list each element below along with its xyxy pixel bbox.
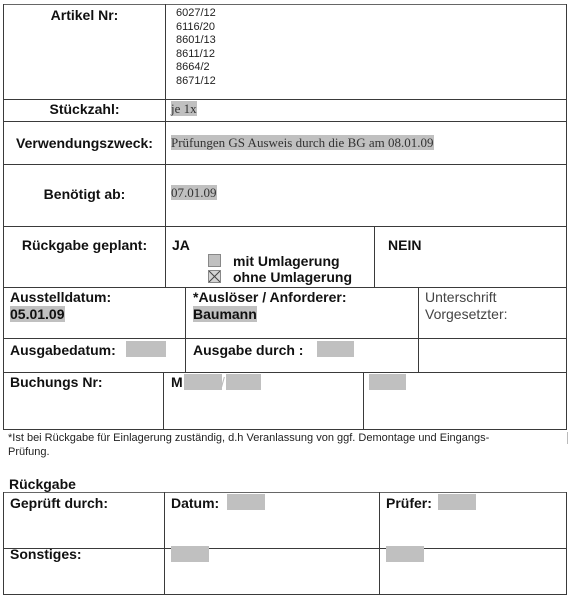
- rueckgabe-heading: Rückgabe: [9, 476, 76, 492]
- ausgabedatum-field[interactable]: [126, 341, 166, 357]
- footnote-line2: Prüfung.: [8, 445, 50, 459]
- stueckzahl-field[interactable]: je 1x: [171, 101, 197, 116]
- ausstelldatum-label: Ausstelldatum:: [10, 289, 111, 305]
- artikel-nr-label: Artikel Nr:: [4, 7, 165, 23]
- checkbox-x-icon: [209, 271, 220, 282]
- pruefer-field[interactable]: [438, 494, 476, 510]
- datum-label: Datum:: [171, 495, 219, 511]
- benoetigt-ab-label: Benötigt ab:: [4, 186, 165, 202]
- artikel-nr-item: 6027/12: [176, 7, 216, 21]
- ausstelldatum-field[interactable]: 05.01.09: [10, 306, 65, 322]
- ausgabedatum-label: Ausgabedatum:: [10, 342, 116, 358]
- sonstiges-label: Sonstiges:: [10, 546, 82, 562]
- ausloeser-value: Baumann: [193, 306, 257, 322]
- artikel-nr-item: 8671/12: [176, 75, 216, 89]
- ausgabe-durch-field[interactable]: [317, 341, 354, 357]
- ausstelldatum-value: 05.01.09: [10, 306, 65, 322]
- mit-umlagerung-checkbox[interactable]: [208, 254, 221, 267]
- buchungs-nr-part2-field[interactable]: [226, 374, 261, 390]
- verwendungszweck-value: Prüfungen GS Ausweis durch die BG am 08.…: [171, 135, 434, 150]
- mit-umlagerung-label: mit Umlagerung: [233, 253, 340, 269]
- artikel-nr-item: 6116/20: [176, 21, 216, 35]
- ausloeser-label: *Auslöser / Anforderer:: [193, 289, 347, 305]
- ausloeser-field[interactable]: Baumann: [193, 306, 257, 322]
- nein-label: NEIN: [388, 237, 421, 253]
- stueckzahl-label: Stückzahl:: [4, 101, 165, 117]
- sonstiges-field-1[interactable]: [171, 546, 209, 562]
- pruefer-label: Prüfer:: [386, 495, 432, 511]
- verwendungszweck-field[interactable]: Prüfungen GS Ausweis durch die BG am 08.…: [171, 135, 434, 150]
- benoetigt-ab-value: 07.01.09: [171, 185, 217, 200]
- buchungs-nr-extra-field[interactable]: [369, 374, 406, 390]
- ohne-umlagerung-checkbox[interactable]: [208, 270, 221, 283]
- geprueft-durch-label: Geprüft durch:: [10, 495, 108, 511]
- benoetigt-ab-field[interactable]: 07.01.09: [171, 185, 217, 200]
- stueckzahl-value: je 1x: [171, 101, 197, 116]
- artikel-nr-list[interactable]: 6027/12 6116/20 8601/13 8611/12 8664/2 8…: [176, 7, 216, 89]
- ohne-umlagerung-label: ohne Umlagerung: [233, 269, 352, 285]
- buchungs-nr-part1-field[interactable]: [184, 374, 222, 390]
- buchungs-nr-prefix: M: [171, 374, 183, 390]
- page-edge-marker: [567, 432, 568, 444]
- footnote-line1: *Ist bei Rückgabe für Einlagerung zustän…: [8, 431, 489, 445]
- buchungs-nr-separator: /: [221, 374, 225, 390]
- sonstiges-field-2[interactable]: [386, 546, 424, 562]
- ja-label: JA: [172, 237, 190, 253]
- datum-field[interactable]: [227, 494, 265, 510]
- unterschrift-field[interactable]: [419, 289, 566, 338]
- buchungs-nr-label: Buchungs Nr:: [10, 374, 103, 390]
- ausgabe-extra-field[interactable]: [419, 339, 566, 372]
- artikel-nr-item: 8601/13: [176, 34, 216, 48]
- verwendungszweck-label: Verwendungszweck:: [4, 135, 165, 151]
- artikel-nr-item: 8664/2: [176, 61, 216, 75]
- artikel-nr-item: 8611/12: [176, 48, 216, 62]
- rueckgabe-geplant-label: Rückgabe geplant:: [4, 237, 165, 253]
- ausgabe-durch-label: Ausgabe durch :: [193, 342, 303, 358]
